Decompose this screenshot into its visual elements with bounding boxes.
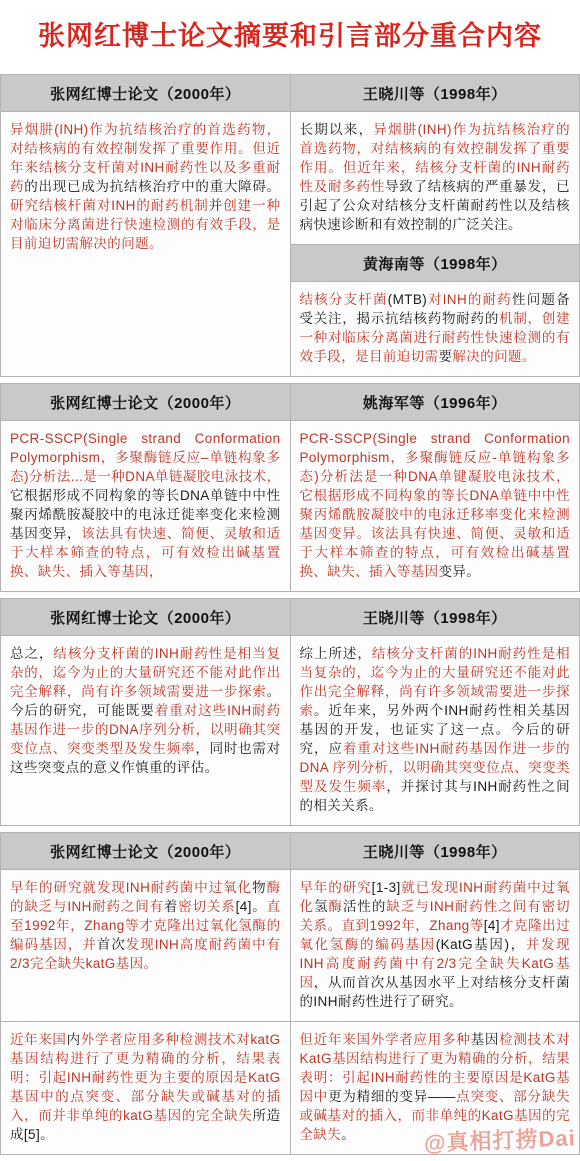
column-header: 王晓川等（1998年）: [291, 833, 580, 870]
normal-text: 活性的: [343, 899, 386, 914]
normal-text: [4]: [484, 918, 500, 933]
normal-text: 要: [439, 349, 453, 364]
normal-text: 更为精细的变异——: [328, 1089, 456, 1104]
normal-text: 。: [341, 1127, 355, 1142]
normal-text: 变异。: [439, 564, 481, 579]
column-header: 张网红博士论文（2000年）: [1, 833, 291, 870]
comparison-cell: 综上所述，结核分支杆菌的INH耐药性是相当复杂的，迄今为止的大量研究还不能对此作…: [291, 636, 580, 826]
column-header: 王晓川等（1998年）: [291, 599, 580, 636]
document-page: 张网红博士论文摘要和引言部分重合内容 张网红博士论文（2000年）王晓川等（19…: [0, 0, 580, 1155]
normal-text: 氢: [314, 899, 328, 914]
comparison-block: 张网红博士论文（2000年）王晓川等（1998年）异烟肼(INH)作为抗结核治疗…: [0, 74, 580, 377]
column-header: 姚海军等（1996年）: [291, 384, 580, 421]
overlap-text: 早年的研究: [300, 880, 372, 895]
normal-text: (KatG基因)，: [436, 937, 526, 952]
comparison-table: 张网红博士论文（2000年）王晓川等（1998年）异烟肼(INH)作为抗结核治疗…: [0, 74, 580, 1155]
comparison-cell: 但近年来国外学者应用多种基因检测技术对KatG基因结构进行了更为精确的分析，结果…: [291, 1022, 580, 1155]
normal-text: 内: [67, 1032, 81, 1047]
comparison-cell: PCR-SSCP(Single strand Conformation Poly…: [291, 421, 580, 592]
overlap-text: 酶: [328, 899, 342, 914]
comparison-cell: 近年来国内外学者应用多种检测技术对katG基因结构进行了更为精确的分析，结果表明…: [1, 1022, 291, 1155]
normal-text: 基因: [471, 1032, 500, 1047]
comparison-cell: 早年的研究就发现INH耐药菌中过氧化物酶的缺乏与INH耐药之间有着密切关系[4]…: [1, 870, 291, 1022]
overlap-text: 结核分支杆菌: [300, 292, 388, 307]
comparison-block: 张网红博士论文（2000年）王晓川等（1998年）早年的研究就发现INH耐药菌中…: [0, 832, 580, 1155]
comparison-cell: 早年的研究[1-3]就已发现INH耐药菌中过氧化氢酶活性的缺乏与INH耐药性之间…: [291, 870, 580, 1022]
overlap-text: 近年来国: [10, 1032, 67, 1047]
overlap-text: 解决的问题。: [452, 349, 535, 364]
comparison-cell: 长期以来，异烟肼(INH)作为抗结核治疗的首选药物，对结核病的有效控制发挥了重要…: [291, 112, 580, 245]
overlap-text: 研究结核杆菌对INH的耐药机制: [10, 198, 209, 213]
normal-text: ，从而首次从基因水平上对结核分支杆菌的INH耐药性进行了研究。: [300, 975, 571, 1009]
normal-text: 的出现已成为抗结核治疗中的重大障碍。: [24, 179, 280, 194]
normal-text: 总之，: [10, 646, 53, 661]
sub-column-header: 黄海南等（1998年）: [291, 245, 580, 282]
normal-text: 首次: [97, 937, 126, 952]
normal-text: 综上所述，: [300, 646, 372, 661]
column-header: 张网红博士论文（2000年）: [1, 75, 291, 112]
comparison-cell: PCR-SSCP(Single strand Conformation Poly…: [1, 421, 291, 592]
comparison-block: 张网红博士论文（2000年）王晓川等（1998年）总之，结核分支杆菌的INH耐药…: [0, 598, 580, 826]
overlap-text: 密切关系: [178, 899, 235, 914]
comparison-cell: 结核分支杆菌(MTB)对INH的耐药性问题备受关注，揭示抗结核药物耐药的机制，创…: [291, 282, 580, 377]
column-header: 张网红博士论文（2000年）: [1, 384, 291, 421]
normal-text: (MTB): [388, 292, 428, 307]
comparison-cell: 异烟肼(INH)作为抗结核治疗的首选药物，对结核病的有效控制发挥了重要作用。但近…: [1, 112, 291, 377]
column-header: 张网红博士论文（2000年）: [1, 599, 291, 636]
normal-text: 物: [252, 880, 266, 895]
column-header: 王晓川等（1998年）: [291, 75, 580, 112]
overlap-text: 早年的研究就发现INH耐药菌中过氧化: [10, 880, 252, 895]
overlap-text: 但近年来国外学者应用多种: [300, 1032, 471, 1047]
overlap-text: 对INH的耐药: [427, 292, 512, 307]
normal-text: 长期以来，: [300, 122, 374, 137]
page-title: 张网红博士论文摘要和引言部分重合内容: [8, 20, 572, 54]
comparison-cell: 总之，结核分支杆菌的INH耐药性是相当复杂的，迄今为止的大量研究还不能对此作出完…: [1, 636, 291, 826]
normal-text: [4]。: [236, 899, 267, 914]
comparison-block: 张网红博士论文（2000年）姚海军等（1996年）PCR-SSCP(Single…: [0, 383, 580, 592]
overlap-text: PCR-SSCP(Single strand Conformation Poly…: [10, 431, 281, 484]
normal-text: 并: [209, 198, 223, 213]
normal-text: 着: [164, 899, 178, 914]
overlap-text: PCR-SSCP(Single strand Conformation Poly…: [300, 431, 571, 579]
normal-text: [1-3]: [372, 880, 401, 895]
